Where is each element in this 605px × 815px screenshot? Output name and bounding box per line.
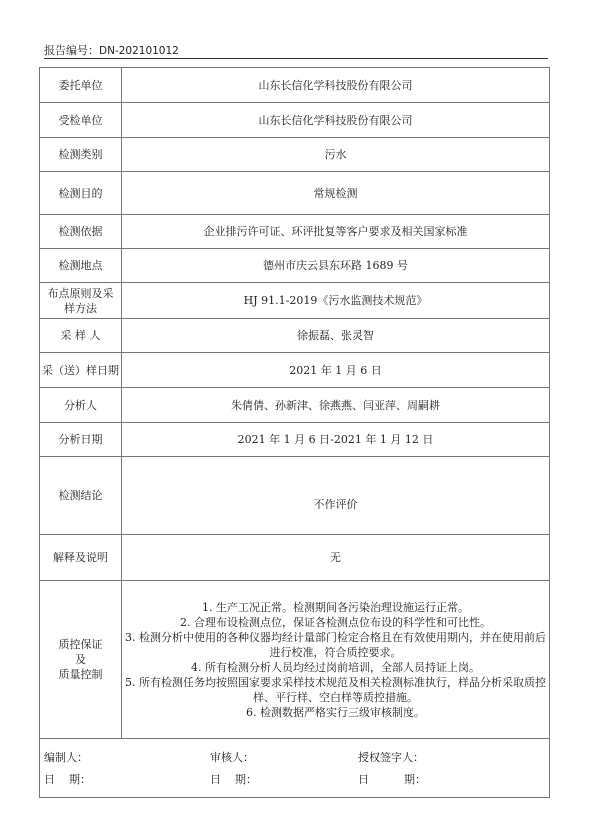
row-value: 无 <box>122 535 550 581</box>
row-label-line: 质量控制 <box>40 667 121 682</box>
row-value: 2021 年 1 月 6 日-2021 年 1 月 12 日 <box>122 423 550 457</box>
authorized-date-label: 日 期： <box>358 769 426 791</box>
row-label: 布点原则及采 样方法 <box>40 283 122 319</box>
row-label: 检测目的 <box>40 172 122 215</box>
row-value: 朱倩倩、孙新津、徐燕燕、闫亚萍、周嗣耕 <box>122 388 550 423</box>
row-label: 质控保证 及 质量控制 <box>40 581 122 739</box>
row-value: 山东长信化学科技股份有限公司 <box>122 103 550 138</box>
report-info-table: 委托单位 山东长信化学科技股份有限公司 受检单位 山东长信化学科技股份有限公司 … <box>39 67 550 739</box>
row-label: 检测结论 <box>40 457 122 535</box>
list-item: 1. 生产工况正常。检测期间各污染治理设施运行正常。 <box>122 600 549 615</box>
row-value: 德州市庆云县东环路 1689 号 <box>122 249 550 283</box>
row-analysts: 分析人 朱倩倩、孙新津、徐燕燕、闫亚萍、周嗣耕 <box>40 388 550 423</box>
reviewer-label: 审核人： <box>210 747 257 769</box>
reviewer-signature: 审核人： 日 期： <box>210 747 257 791</box>
list-item: 2. 合理布设检测点位，保证各检测点位布设的科学性和可比性。 <box>122 615 549 630</box>
row-label: 采 样 人 <box>40 319 122 353</box>
row-value: 常规检测 <box>122 172 550 215</box>
row-value: 不作评价 <box>122 457 550 535</box>
row-label: 采（送）样日期 <box>40 353 122 388</box>
row-label: 分析日期 <box>40 423 122 457</box>
compiler-signature: 编制人： 日 期： <box>44 747 91 791</box>
row-value: 企业排污许可证、环评批复等客户要求及相关国家标准 <box>122 215 550 249</box>
row-client: 委托单位 山东长信化学科技股份有限公司 <box>40 68 550 103</box>
row-test-basis: 检测依据 企业排污许可证、环评批复等客户要求及相关国家标准 <box>40 215 550 249</box>
row-sampler: 采 样 人 徐振磊、张灵智 <box>40 319 550 353</box>
report-number-label: 报告编号： <box>44 44 99 57</box>
row-conclusion: 检测结论 不作评价 <box>40 457 550 535</box>
row-label-line: 及 <box>40 652 121 667</box>
row-inspected-unit: 受检单位 山东长信化学科技股份有限公司 <box>40 103 550 138</box>
quality-control-list: 1. 生产工况正常。检测期间各污染治理设施运行正常。 2. 合理布设检测点位，保… <box>122 581 550 739</box>
row-value: 2021 年 1 月 6 日 <box>122 353 550 388</box>
row-label-line: 布点原则及采 <box>40 286 121 301</box>
authorized-signature: 授权签字人： 日 期： <box>358 747 426 791</box>
report-number: 报告编号：DN-202101012 <box>44 44 548 59</box>
row-label: 检测类别 <box>40 138 122 172</box>
row-value: 山东长信化学科技股份有限公司 <box>122 68 550 103</box>
row-explanation: 解释及说明 无 <box>40 535 550 581</box>
signature-section: 编制人： 日 期： 审核人： 日 期： 授权签字人： 日 期： <box>39 737 550 798</box>
row-analysis-date: 分析日期 2021 年 1 月 6 日-2021 年 1 月 12 日 <box>40 423 550 457</box>
compiler-date-label: 日 期： <box>44 769 91 791</box>
list-item: 6. 检测数据严格实行三级审核制度。 <box>122 705 549 720</box>
row-label-line: 质控保证 <box>40 637 121 652</box>
authorized-label: 授权签字人： <box>358 747 426 769</box>
row-label: 受检单位 <box>40 103 122 138</box>
row-label-line: 样方法 <box>40 301 121 316</box>
row-label: 检测依据 <box>40 215 122 249</box>
row-label: 分析人 <box>40 388 122 423</box>
row-test-purpose: 检测目的 常规检测 <box>40 172 550 215</box>
row-label: 委托单位 <box>40 68 122 103</box>
compiler-label: 编制人： <box>44 747 91 769</box>
row-label: 检测地点 <box>40 249 122 283</box>
report-number-value: DN-202101012 <box>99 45 179 57</box>
row-value: HJ 91.1-2019《污水监测技术规范》 <box>122 283 550 319</box>
row-sampling-method: 布点原则及采 样方法 HJ 91.1-2019《污水监测技术规范》 <box>40 283 550 319</box>
row-test-category: 检测类别 污水 <box>40 138 550 172</box>
list-item: 3. 检测分析中使用的各种仪器均经计量部门检定合格且在有效使用期内，并在使用前后… <box>122 630 549 660</box>
list-item: 5. 所有检测任务均按照国家要求采样技术规范及相关检测标准执行，样品分析采取质控… <box>122 675 549 705</box>
row-test-location: 检测地点 德州市庆云县东环路 1689 号 <box>40 249 550 283</box>
list-item: 4. 所有检测分析人员均经过岗前培训，全部人员持证上岗。 <box>122 660 549 675</box>
row-sampling-date: 采（送）样日期 2021 年 1 月 6 日 <box>40 353 550 388</box>
row-value: 徐振磊、张灵智 <box>122 319 550 353</box>
row-quality-control: 质控保证 及 质量控制 1. 生产工况正常。检测期间各污染治理设施运行正常。 2… <box>40 581 550 739</box>
reviewer-date-label: 日 期： <box>210 769 257 791</box>
row-value: 污水 <box>122 138 550 172</box>
row-label: 解释及说明 <box>40 535 122 581</box>
